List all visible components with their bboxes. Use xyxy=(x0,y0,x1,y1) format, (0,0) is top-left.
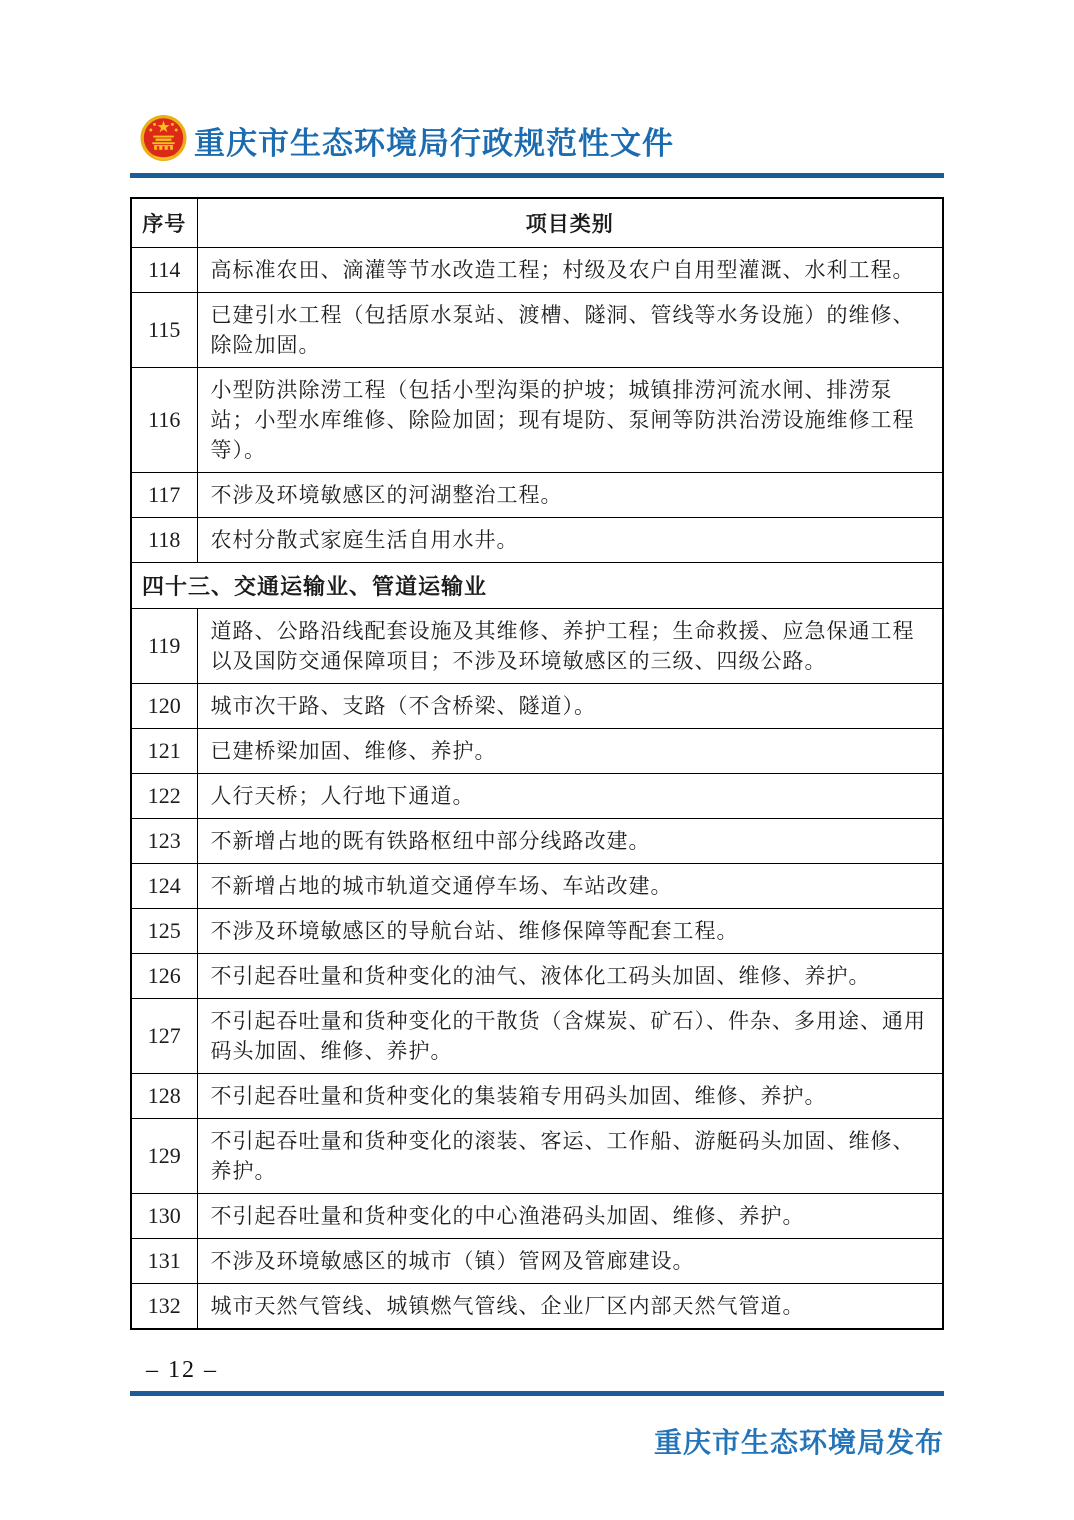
column-header-serial: 序号 xyxy=(131,198,197,248)
table-row: 120城市次干路、支路（不含桥梁、隧道）。 xyxy=(131,684,943,729)
page-number: – 12 – xyxy=(146,1357,944,1384)
serial-cell: 131 xyxy=(131,1239,197,1284)
document-page: 重庆市生态环境局行政规范性文件 序号 项目类别 114高标准农田、滴灌等节水改造… xyxy=(0,0,1074,1520)
serial-cell: 115 xyxy=(131,293,197,368)
serial-cell: 127 xyxy=(131,999,197,1074)
serial-cell: 126 xyxy=(131,954,197,999)
category-cell: 农村分散式家庭生活自用水井。 xyxy=(197,518,943,563)
category-cell: 高标准农田、滴灌等节水改造工程；村级及农户自用型灌溉、水利工程。 xyxy=(197,248,943,293)
category-cell: 不涉及环境敏感区的城市（镇）管网及管廊建设。 xyxy=(197,1239,943,1284)
table-row: 118农村分散式家庭生活自用水井。 xyxy=(131,518,943,563)
category-cell: 不新增占地的既有铁路枢纽中部分线路改建。 xyxy=(197,819,943,864)
table-row: 123不新增占地的既有铁路枢纽中部分线路改建。 xyxy=(131,819,943,864)
table-row: 132城市天然气管线、城镇燃气管线、企业厂区内部天然气管道。 xyxy=(131,1284,943,1330)
footer-divider xyxy=(130,1391,944,1396)
header-row: 序号 项目类别 xyxy=(131,198,943,248)
national-emblem-icon xyxy=(140,112,187,169)
project-category-table: 序号 项目类别 114高标准农田、滴灌等节水改造工程；村级及农户自用型灌溉、水利… xyxy=(130,197,944,1330)
serial-cell: 117 xyxy=(131,473,197,518)
publisher-label: 重庆市生态环境局发布 xyxy=(130,1421,944,1461)
serial-cell: 116 xyxy=(131,368,197,473)
category-cell: 城市天然气管线、城镇燃气管线、企业厂区内部天然气管道。 xyxy=(197,1284,943,1330)
table-row: 129不引起吞吐量和货种变化的滚装、客运、工作船、游艇码头加固、维修、养护。 xyxy=(131,1119,943,1194)
serial-cell: 120 xyxy=(131,684,197,729)
table-header: 序号 项目类别 xyxy=(131,198,943,248)
category-cell: 城市次干路、支路（不含桥梁、隧道）。 xyxy=(197,684,943,729)
header-divider xyxy=(130,173,944,178)
table-row: 121已建桥梁加固、维修、养护。 xyxy=(131,729,943,774)
table-row: 116小型防洪除涝工程（包括小型沟渠的护坡；城镇排涝河流水闸、排涝泵站；小型水库… xyxy=(131,368,943,473)
table-row: 114高标准农田、滴灌等节水改造工程；村级及农户自用型灌溉、水利工程。 xyxy=(131,248,943,293)
category-cell: 道路、公路沿线配套设施及其维修、养护工程；生命救援、应急保通工程以及国防交通保障… xyxy=(197,609,943,684)
category-cell: 不引起吞吐量和货种变化的干散货（含煤炭、矿石）、件杂、多用途、通用码头加固、维修… xyxy=(197,999,943,1074)
document-footer: – 12 – 重庆市生态环境局发布 xyxy=(130,1357,944,1461)
table-row: 130不引起吞吐量和货种变化的中心渔港码头加固、维修、养护。 xyxy=(131,1194,943,1239)
serial-cell: 119 xyxy=(131,609,197,684)
document-header: 重庆市生态环境局行政规范性文件 xyxy=(140,112,944,168)
serial-cell: 130 xyxy=(131,1194,197,1239)
category-cell: 不引起吞吐量和货种变化的中心渔港码头加固、维修、养护。 xyxy=(197,1194,943,1239)
serial-cell: 123 xyxy=(131,819,197,864)
serial-cell: 114 xyxy=(131,248,197,293)
serial-cell: 124 xyxy=(131,864,197,909)
serial-cell: 128 xyxy=(131,1074,197,1119)
category-cell: 已建桥梁加固、维修、养护。 xyxy=(197,729,943,774)
serial-cell: 118 xyxy=(131,518,197,563)
table-row: 119道路、公路沿线配套设施及其维修、养护工程；生命救援、应急保通工程以及国防交… xyxy=(131,609,943,684)
category-cell: 已建引水工程（包括原水泵站、渡槽、隧洞、管线等水务设施）的维修、除险加固。 xyxy=(197,293,943,368)
table-row: 117不涉及环境敏感区的河湖整治工程。 xyxy=(131,473,943,518)
serial-cell: 121 xyxy=(131,729,197,774)
table-row: 131不涉及环境敏感区的城市（镇）管网及管廊建设。 xyxy=(131,1239,943,1284)
category-cell: 不涉及环境敏感区的导航台站、维修保障等配套工程。 xyxy=(197,909,943,954)
category-cell: 不涉及环境敏感区的河湖整治工程。 xyxy=(197,473,943,518)
table-body: 114高标准农田、滴灌等节水改造工程；村级及农户自用型灌溉、水利工程。115已建… xyxy=(131,248,943,1330)
table-row: 126不引起吞吐量和货种变化的油气、液体化工码头加固、维修、养护。 xyxy=(131,954,943,999)
category-cell: 不新增占地的城市轨道交通停车场、车站改建。 xyxy=(197,864,943,909)
section-title: 四十三、交通运输业、管道运输业 xyxy=(131,563,943,609)
category-cell: 小型防洪除涝工程（包括小型沟渠的护坡；城镇排涝河流水闸、排涝泵站；小型水库维修、… xyxy=(197,368,943,473)
serial-cell: 132 xyxy=(131,1284,197,1330)
table-row: 125不涉及环境敏感区的导航台站、维修保障等配套工程。 xyxy=(131,909,943,954)
category-cell: 不引起吞吐量和货种变化的滚装、客运、工作船、游艇码头加固、维修、养护。 xyxy=(197,1119,943,1194)
category-cell: 不引起吞吐量和货种变化的集装箱专用码头加固、维修、养护。 xyxy=(197,1074,943,1119)
table-row: 127不引起吞吐量和货种变化的干散货（含煤炭、矿石）、件杂、多用途、通用码头加固… xyxy=(131,999,943,1074)
category-cell: 不引起吞吐量和货种变化的油气、液体化工码头加固、维修、养护。 xyxy=(197,954,943,999)
section-row: 四十三、交通运输业、管道运输业 xyxy=(131,563,943,609)
category-cell: 人行天桥；人行地下通道。 xyxy=(197,774,943,819)
table-row: 124不新增占地的城市轨道交通停车场、车站改建。 xyxy=(131,864,943,909)
column-header-category: 项目类别 xyxy=(197,198,943,248)
serial-cell: 125 xyxy=(131,909,197,954)
table-row: 128不引起吞吐量和货种变化的集装箱专用码头加固、维修、养护。 xyxy=(131,1074,943,1119)
serial-cell: 129 xyxy=(131,1119,197,1194)
table-row: 115已建引水工程（包括原水泵站、渡槽、隧洞、管线等水务设施）的维修、除险加固。 xyxy=(131,293,943,368)
table-row: 122人行天桥；人行地下通道。 xyxy=(131,774,943,819)
serial-cell: 122 xyxy=(131,774,197,819)
page-title: 重庆市生态环境局行政规范性文件 xyxy=(194,118,674,163)
